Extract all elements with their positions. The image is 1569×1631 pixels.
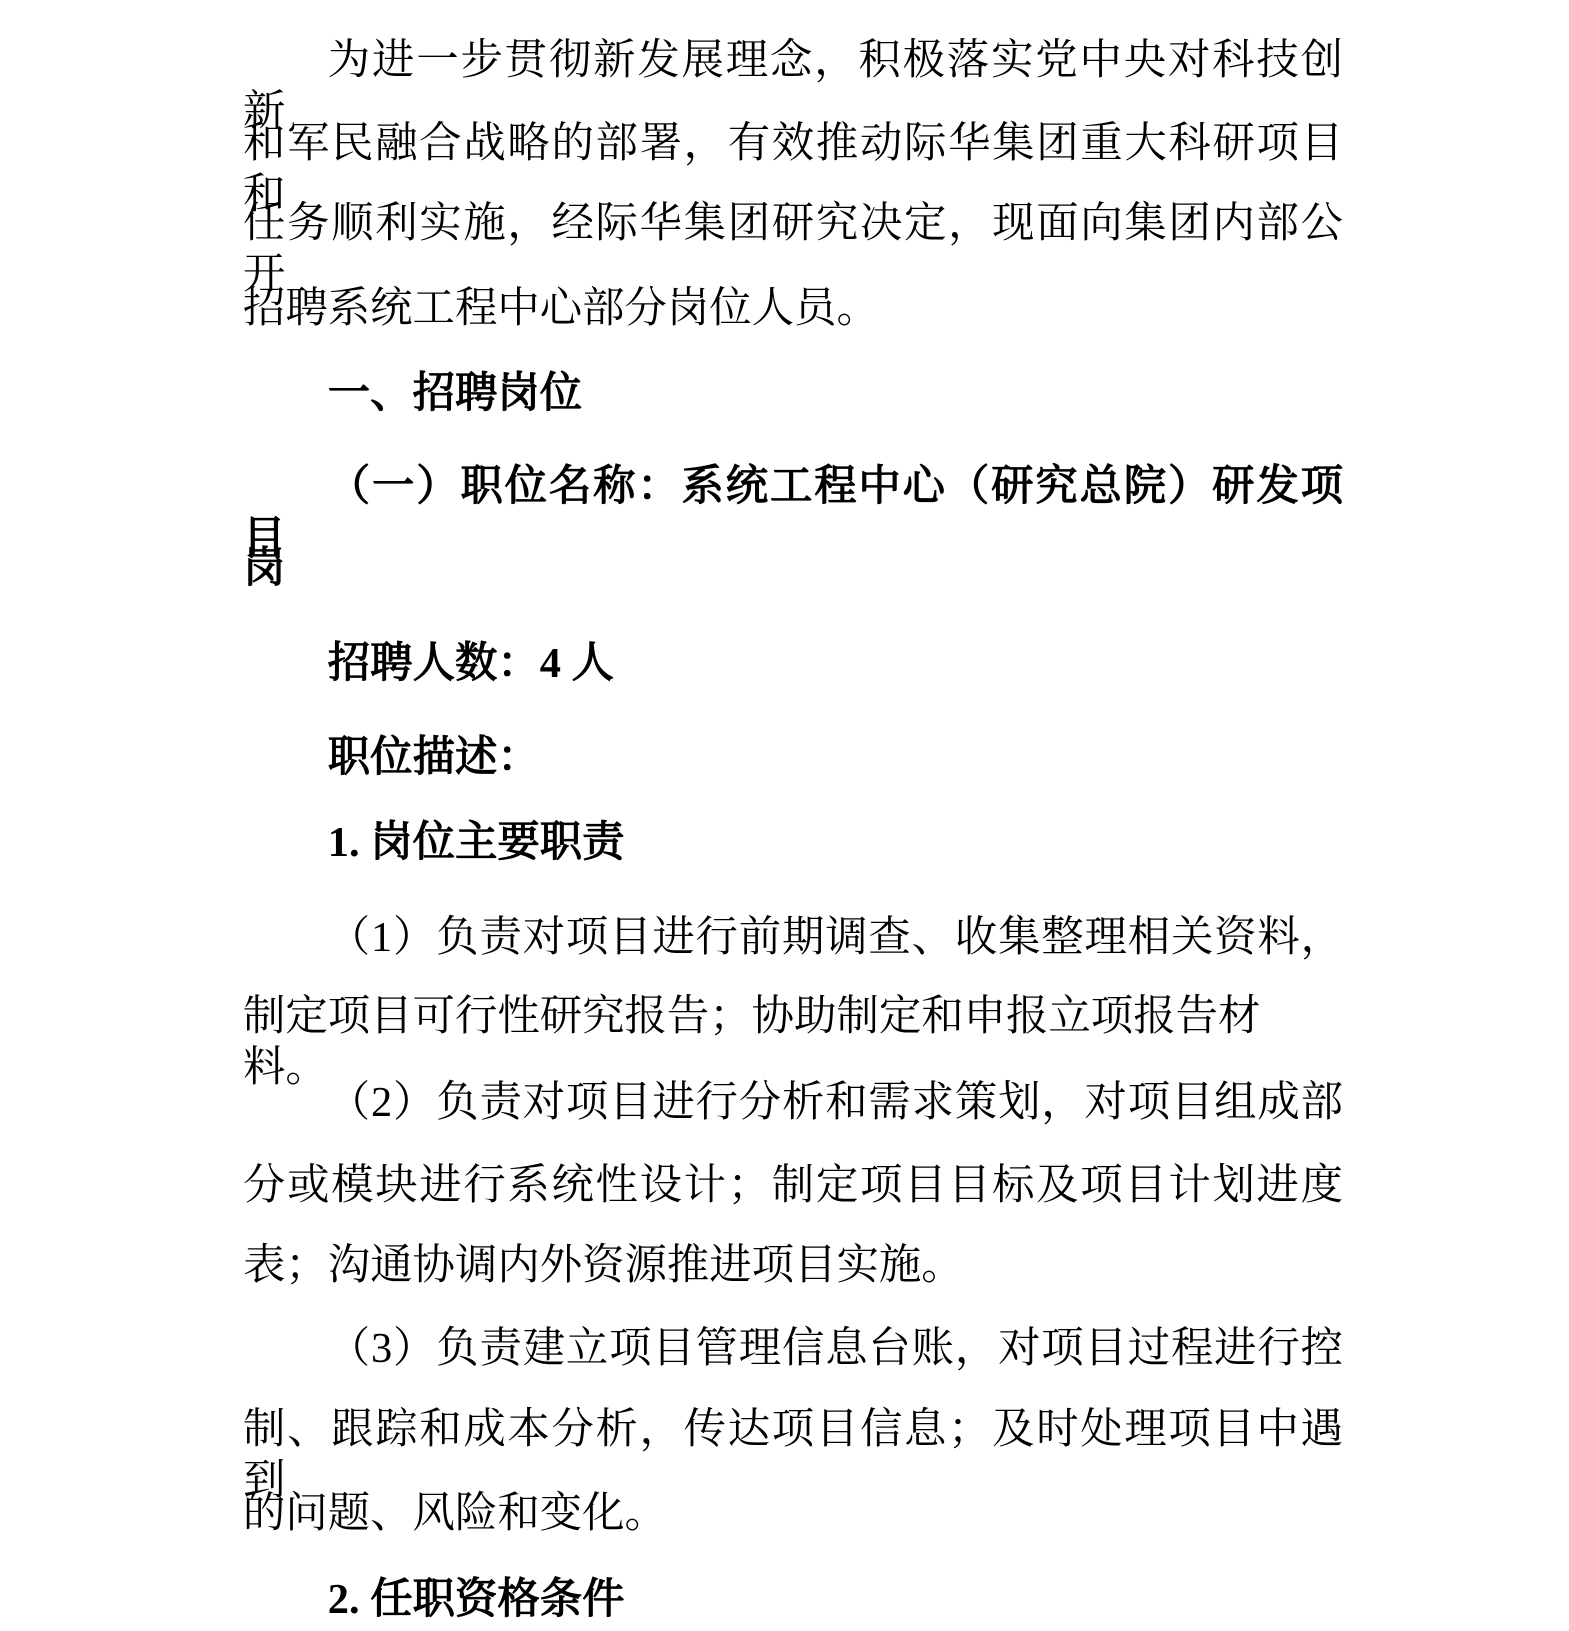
duty-1-line-1: （1）负责对项目进行前期调查、收集整理相关资料，: [243, 913, 1343, 964]
qualifications-heading: 2. 任职资格条件: [243, 1575, 1343, 1626]
duty-2-line-3: 表；沟通协调内外资源推进项目实施。: [243, 1241, 1343, 1292]
duty-3-line-3: 的问题、风险和变化。: [243, 1489, 1343, 1540]
duty-3-line-1: （3）负责建立项目管理信息台账，对项目过程进行控: [243, 1324, 1343, 1375]
duty-2-line-1: （2）负责对项目进行分析和需求策划，对项目组成部: [243, 1078, 1343, 1129]
headcount-line: 招聘人数：4 人: [243, 639, 1343, 690]
duties-heading: 1. 岗位主要职责: [243, 818, 1343, 869]
position-title-line-2: 岗: [243, 544, 1343, 595]
heading-recruitment-positions: 一、招聘岗位: [243, 368, 1343, 419]
document-page: 为进一步贯彻新发展理念，积极落实党中央对科技创新和军民融合战略的部署，有效推动际…: [0, 0, 1569, 1631]
duty-2-line-2: 分或模块进行系统性设计；制定项目目标及项目计划进度: [243, 1161, 1343, 1212]
intro-line-4: 招聘系统工程中心部分岗位人员。: [243, 284, 1343, 335]
position-description-label: 职位描述：: [243, 733, 1343, 784]
